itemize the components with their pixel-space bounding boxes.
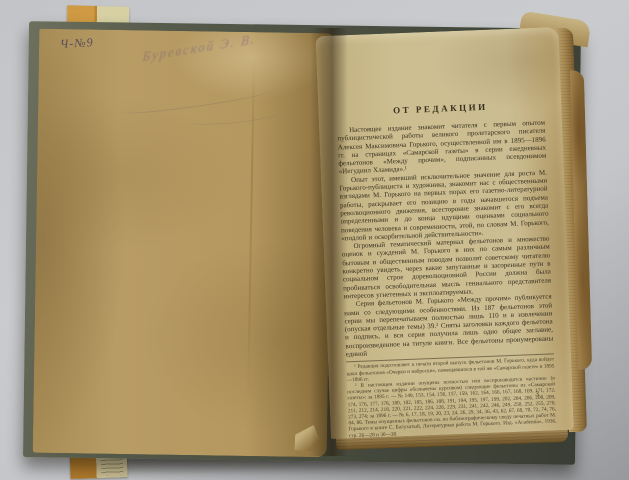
- paragraph-3: Огромный тематический материал фельетоно…: [341, 235, 551, 301]
- gutter-shadow: [310, 28, 348, 456]
- bookmark-stamp-marks: [101, 459, 124, 476]
- section-heading: ОТ РЕДАКЦИИ: [336, 100, 544, 118]
- paragraph-1: Настоящее издание знакомит читателя с пе…: [337, 119, 547, 177]
- left-flyleaf-page: [33, 29, 334, 458]
- right-printed-page: ОТ РЕДАКЦИИ Настоящее издание знакомит ч…: [316, 27, 574, 439]
- paragraph-4: Серия фельетонов М. Горького «Между проч…: [344, 293, 554, 359]
- paragraph-2: Опыт этот, имевший исключительное значен…: [339, 168, 549, 242]
- page-number: 3: [535, 390, 539, 398]
- handwritten-catalog-number: Ч-№9: [60, 35, 94, 52]
- book-photo: Ч-№9 Буревской Э. В. ОТ РЕДАКЦИИ Настоящ…: [0, 0, 629, 480]
- footnote-2: ² В настоящем издании опущены полностью …: [347, 375, 557, 439]
- text-block: ОТ РЕДАКЦИИ Настоящее издание знакомит ч…: [336, 100, 557, 439]
